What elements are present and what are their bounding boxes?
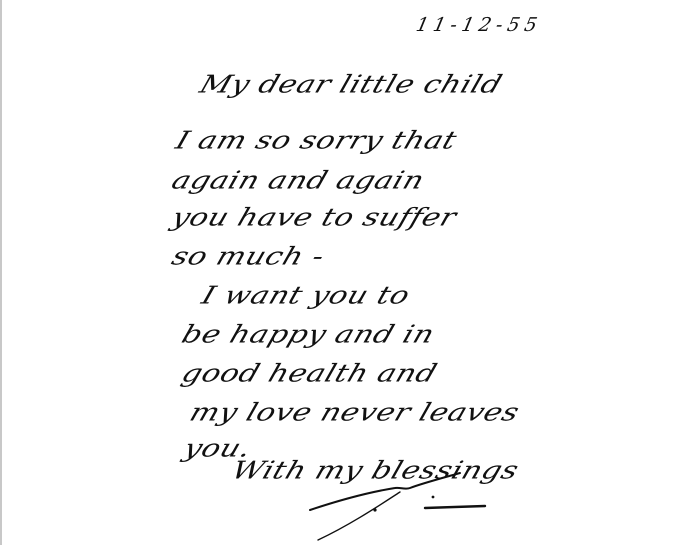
letter-line-salutation: My dear little child xyxy=(196,70,506,99)
letter-line: you have to suffer xyxy=(168,203,460,232)
letter-line: I want you to xyxy=(198,281,414,310)
letter-line: my love never leaves xyxy=(186,398,523,427)
letter-line: be happy and in xyxy=(178,320,438,349)
letter-line: again and again xyxy=(168,166,428,195)
letter-line: I am so sorry that xyxy=(172,126,461,155)
letter-line: good health and xyxy=(178,359,441,388)
letter-line: so much - xyxy=(168,242,328,271)
letter-date: 11-12-55 xyxy=(414,14,544,36)
signature-flourish xyxy=(300,470,540,545)
handwritten-letter: 11-12-55 My dear little child I am so so… xyxy=(0,0,686,545)
